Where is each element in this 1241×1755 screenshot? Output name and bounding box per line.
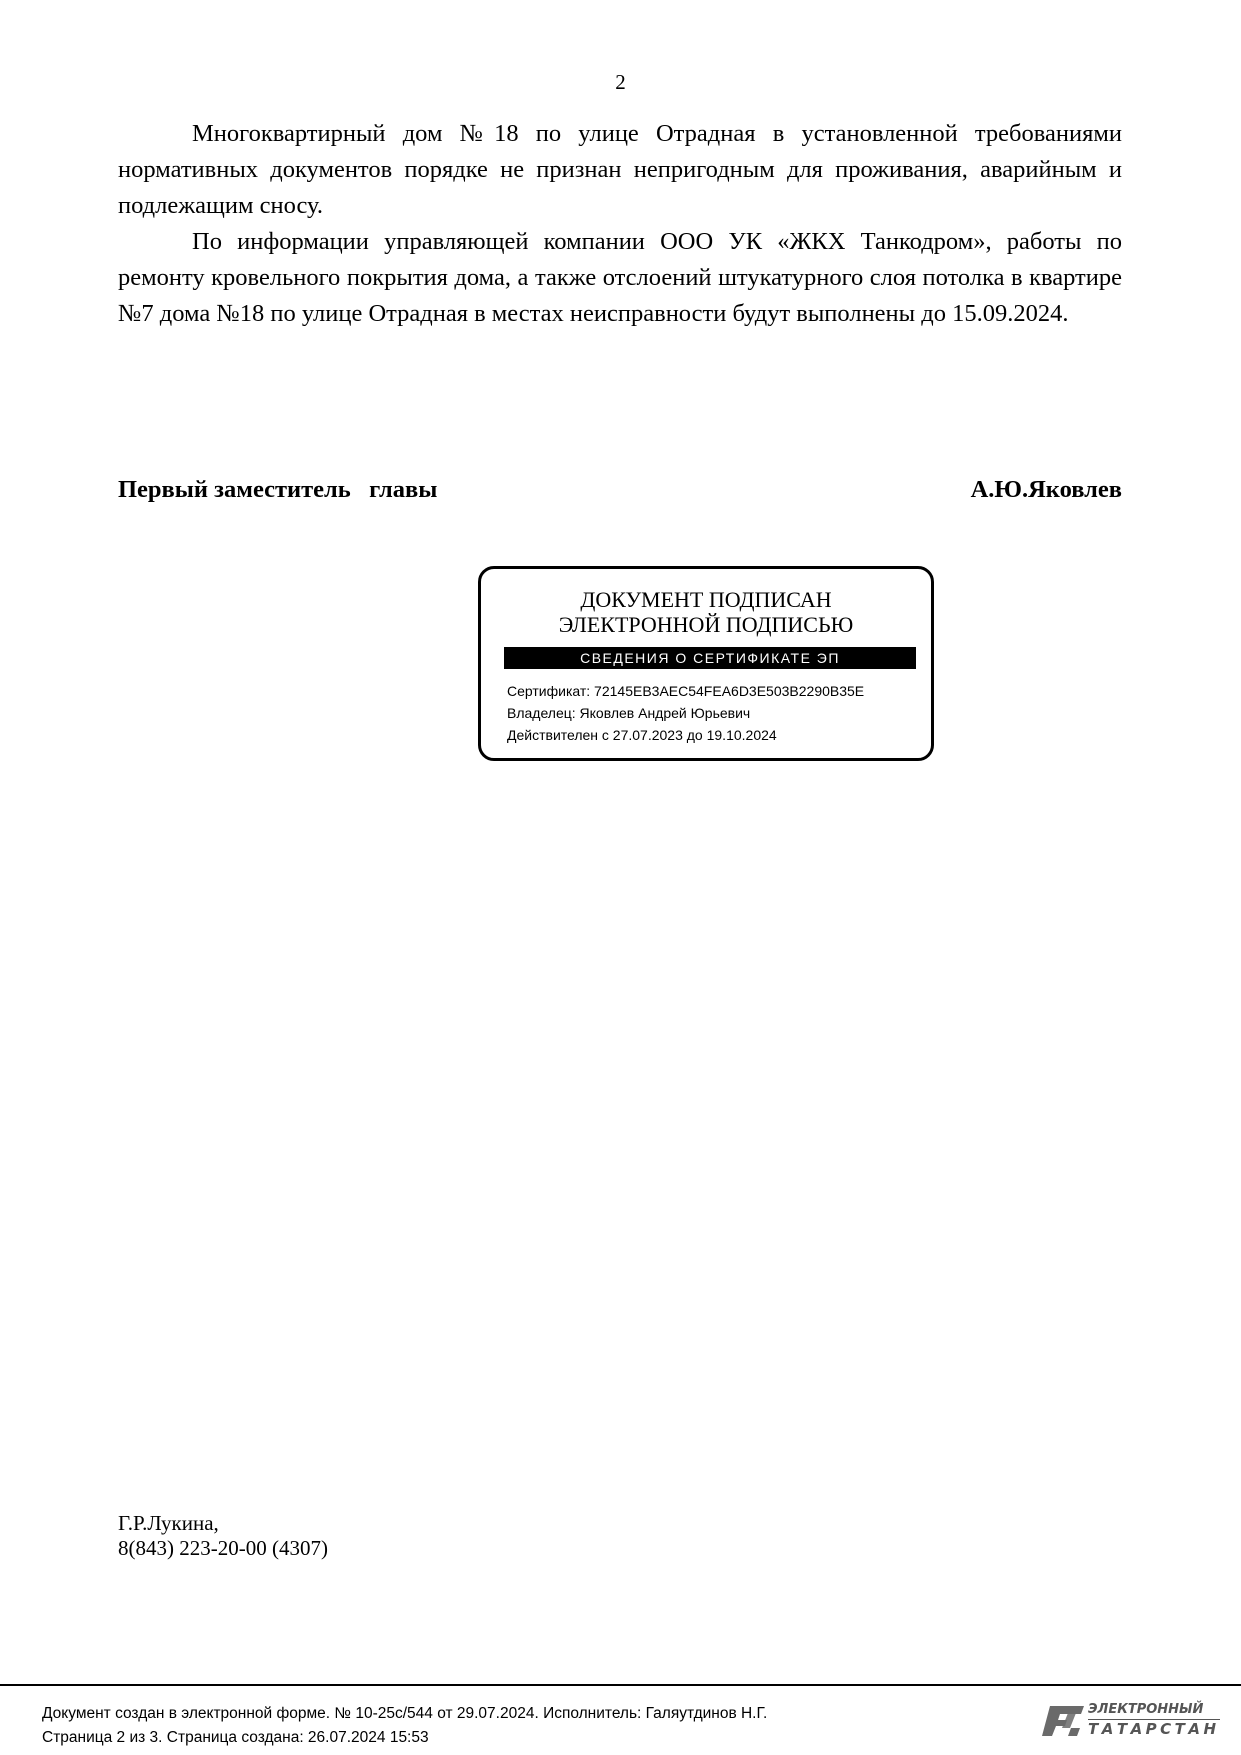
stamp-certificate: Сертификат: 72145EB3AEC54FEA6D3E503B2290… (507, 680, 864, 702)
signatory-name: А.Ю.Яковлев (971, 476, 1122, 504)
logo-text: ЭЛЕКТРОННЫЙ ТАТАРСТАН (1088, 1702, 1220, 1738)
signature-block: Первый заместитель главы А.Ю.Яковлев (118, 476, 1122, 504)
stamp-title-line-2: ЭЛЕКТРОННОЙ ПОДПИСЬЮ (481, 612, 931, 637)
executor-contact: Г.Р.Лукина, 8(843) 223-20-00 (4307) (118, 1511, 328, 1561)
stamp-validity: Действителен с 27.07.2023 до 19.10.2024 (507, 724, 864, 746)
footer-document-info: Документ создан в электронной форме. № 1… (42, 1702, 767, 1726)
paragraph-1: Многоквартирный дом №18 по улице Отрадна… (118, 116, 1122, 224)
signatory-position: Первый заместитель главы (118, 476, 437, 504)
stamp-owner: Владелец: Яковлев Андрей Юрьевич (507, 702, 864, 724)
stamp-title: ДОКУМЕНТ ПОДПИСАН ЭЛЕКТРОННОЙ ПОДПИСЬЮ (481, 587, 931, 637)
stamp-title-line-1: ДОКУМЕНТ ПОДПИСАН (481, 587, 931, 612)
footer-divider (0, 1684, 1241, 1686)
executor-name: Г.Р.Лукина, (118, 1511, 328, 1536)
stamp-details: Сертификат: 72145EB3AEC54FEA6D3E503B2290… (507, 680, 864, 746)
footer-page-info: Страница 2 из 3. Страница создана: 26.07… (42, 1726, 767, 1750)
letter-body: Многоквартирный дом №18 по улице Отрадна… (118, 116, 1122, 332)
electronic-tatarstan-logo: ЭЛЕКТРОННЫЙ ТАТАРСТАН (1040, 1702, 1200, 1740)
electronic-tatarstan-logo-mark-icon (1040, 1704, 1086, 1738)
footer-info: Документ создан в электронной форме. № 1… (42, 1702, 767, 1750)
paragraph-2: По информации управляющей компании ООО У… (118, 224, 1122, 332)
logo-text-line-1: ЭЛЕКТРОННЫЙ (1088, 1702, 1220, 1720)
e-signature-stamp: ДОКУМЕНТ ПОДПИСАН ЭЛЕКТРОННОЙ ПОДПИСЬЮ С… (478, 566, 934, 761)
stamp-certificate-band: СВЕДЕНИЯ О СЕРТИФИКАТЕ ЭП (504, 647, 916, 669)
page-number: 2 (0, 70, 1241, 95)
logo-text-line-2: ТАТАРСТАН (1088, 1720, 1220, 1738)
executor-phone: 8(843) 223-20-00 (4307) (118, 1536, 328, 1561)
